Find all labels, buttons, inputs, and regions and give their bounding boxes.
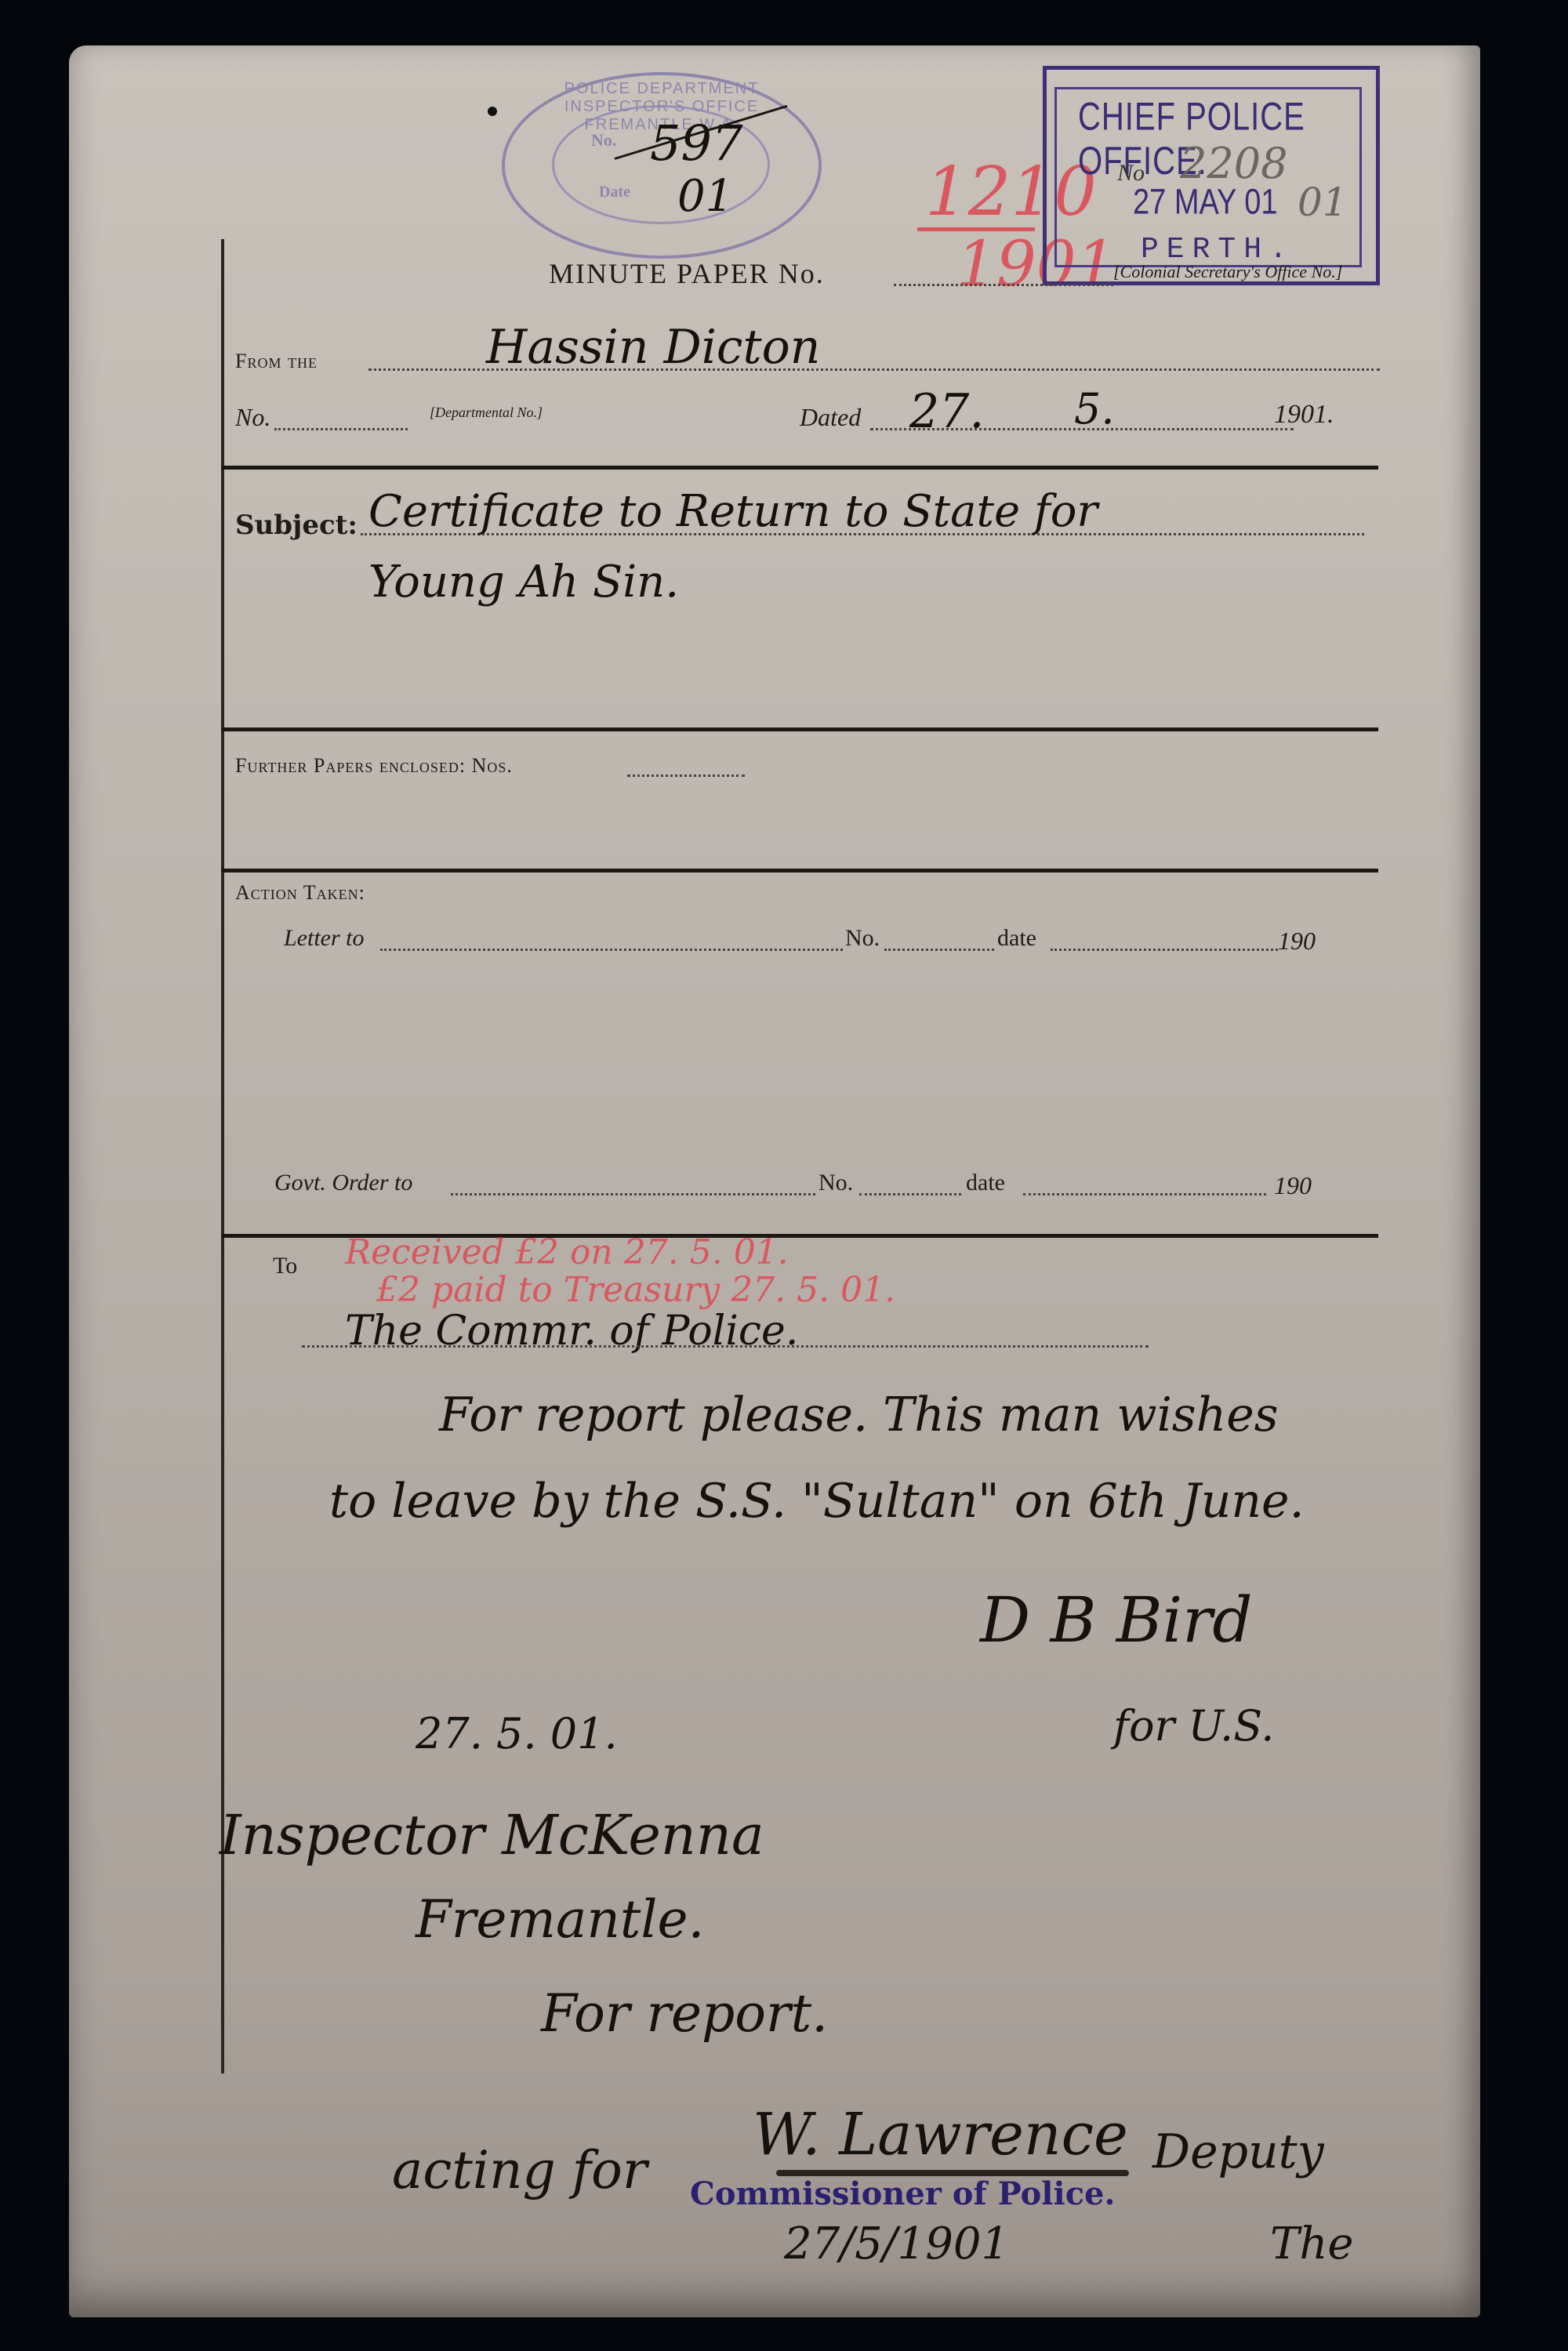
minute-signature-note: for U.S. xyxy=(1113,1701,1274,1751)
departmental-no-label: [Departmental No.] xyxy=(430,405,543,421)
chief-stamp-date: 27 MAY 01 xyxy=(1133,183,1278,223)
corner-note: The xyxy=(1270,2219,1354,2269)
dated-month: 5. xyxy=(1074,384,1115,434)
minute-paper-number-line xyxy=(894,284,1113,286)
chief-police-office-stamp: CHIEF POLICE OFFICE. No 2208 27 MAY 01 0… xyxy=(1043,66,1380,285)
minute-body-line-1: For report please. This man wishes xyxy=(439,1388,1279,1442)
endorsement-location: Fremantle. xyxy=(416,1889,705,1950)
chief-stamp-date-hand: 01 xyxy=(1298,180,1348,225)
govt-year-label: 190 xyxy=(1274,1171,1312,1200)
govt-order-label: Govt. Order to xyxy=(274,1170,412,1196)
letter-no-label: No. xyxy=(845,925,880,952)
endorsement-inspector: Inspector McKenna xyxy=(220,1803,764,1867)
subject-label: Subject: xyxy=(235,510,358,541)
endorsement-acting-for: acting for xyxy=(392,2140,647,2200)
endorsement-instruction: For report. xyxy=(541,1983,828,2044)
letter-no-field-line xyxy=(884,949,994,951)
action-taken-label: Action Taken: xyxy=(235,881,365,905)
minute-date: 27. 5. 01. xyxy=(416,1709,618,1758)
letter-date-label: date xyxy=(997,925,1036,952)
govt-date-label: date xyxy=(966,1170,1005,1196)
minute-paper-title: MINUTE PAPER No. xyxy=(549,257,825,290)
subject-line-1: Certificate to Return to State for xyxy=(368,486,1098,537)
commissioner-stamp: Commissioner of Police. xyxy=(690,2175,1115,2212)
further-papers-label: Further Papers enclosed: Nos. xyxy=(235,754,513,778)
letter-to-label: Letter to xyxy=(284,925,365,952)
chief-stamp-number: 2208 xyxy=(1180,139,1287,188)
subject-line-2: Young Ah Sin. xyxy=(368,557,679,608)
colonial-secretary-label: [Colonial Secretary's Office No.] xyxy=(1113,262,1342,282)
red-paid-note: £2 paid to Treasury 27. 5. 01. xyxy=(376,1270,895,1310)
rule-after-further-papers xyxy=(221,869,1378,873)
from-label: From the xyxy=(235,350,318,373)
ink-dot xyxy=(488,107,497,116)
letter-year-label: 190 xyxy=(1278,927,1316,956)
from-value: Hassin Dicton xyxy=(486,320,820,375)
no-field-line xyxy=(274,428,408,430)
to-addressee: The Commr. of Police. xyxy=(345,1308,798,1355)
to-field-line xyxy=(302,1345,1149,1348)
dated-year: 1901. xyxy=(1274,400,1334,430)
no-label: No. xyxy=(235,403,270,432)
oval-stamp-no-label: No. xyxy=(591,130,616,151)
dated-label: Dated xyxy=(800,403,861,432)
rule-after-header xyxy=(221,466,1378,470)
red-received-note: Received £2 on 27. 5. 01. xyxy=(345,1232,789,1272)
inspector-office-oval-stamp: POLICE DEPARTMENT INSPECTOR'S OFFICE FRE… xyxy=(502,72,822,259)
rule-after-subject xyxy=(221,727,1378,731)
minute-body-line-2: to leave by the S.S. "Sultan" on 6th Jun… xyxy=(329,1474,1305,1529)
letter-date-field-line xyxy=(1051,949,1278,951)
oval-stamp-year: 01 xyxy=(677,171,733,222)
further-papers-field-line xyxy=(627,775,745,777)
endorsement-signature: W. Lawrence xyxy=(753,2101,1128,2168)
minute-signature: D B Bird xyxy=(980,1584,1253,1656)
govt-no-label: No. xyxy=(818,1170,853,1196)
govt-date-field-line xyxy=(1023,1193,1266,1195)
oval-stamp-date-label: Date xyxy=(599,183,630,201)
govt-no-field-line xyxy=(859,1193,961,1195)
letter-to-field-line xyxy=(380,949,843,951)
to-label: To xyxy=(273,1253,297,1279)
left-margin-rule xyxy=(221,239,224,2073)
dated-day: 27. xyxy=(909,384,984,439)
endorsement-deputy: Deputy xyxy=(1152,2124,1324,2179)
govt-order-field-line xyxy=(451,1193,815,1195)
endorsement-date: 27/5/1901 xyxy=(784,2219,1009,2269)
